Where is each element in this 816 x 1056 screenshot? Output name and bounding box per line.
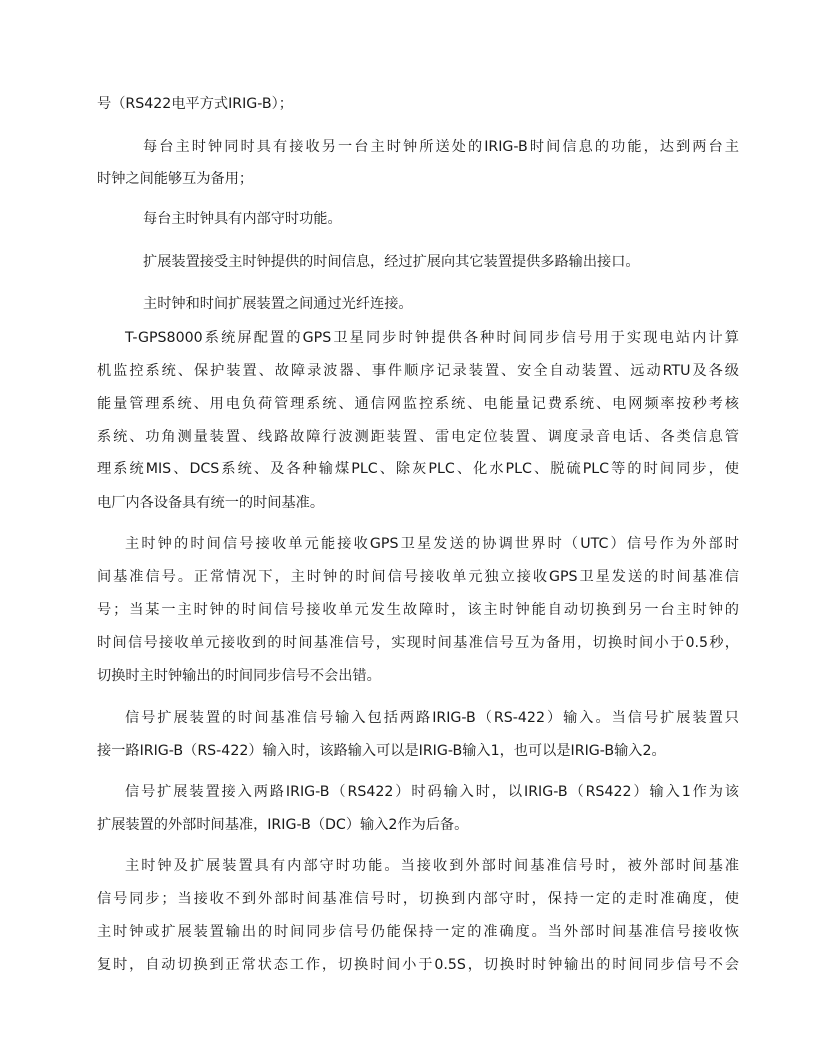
- paragraph-line: 号；当某一主时钟的时间信号接收单元发生故障时，该主时钟能自动切换到另一台主时钟的: [97, 601, 739, 619]
- paragraph-line: 接一路IRIG-B（RS-422）输入时，该路输入可以是IRIG-B输入1，也可…: [97, 742, 739, 760]
- paragraph-line: 系统、功角测量装置、线路故障行波测距装置、雷电定位装置、调度录音电话、各类信息管: [97, 428, 739, 446]
- paragraph-line: 复时，自动切换到正常状态工作，切换时间小于0.5S，切换时时钟输出的时间同步信号…: [97, 956, 739, 974]
- paragraph-line: 能量管理系统、用电负荷管理系统、通信网监控系统、电能量记费系统、电网频率按秒考核: [97, 395, 739, 413]
- paragraph-line: 时间信号接收单元接收到的时间基准信号，实现时间基准信号互为备用，切换时间小于0.…: [97, 634, 739, 652]
- paragraph-line: 时钟之间能够互为备用；: [97, 170, 739, 188]
- paragraph-line: 主时钟或扩展装置输出的时间同步信号仍能保持一定的准确度。当外部时间基准信号接收恢: [97, 923, 739, 941]
- paragraph-line: 切换时主时钟输出的时间同步信号不会出错。: [97, 667, 739, 685]
- paragraph-line: 主时钟的时间信号接收单元能接收GPS卫星发送的协调世界时（UTC）信号作为外部时: [125, 535, 739, 553]
- paragraph-line: 理系统MIS、DCS系统、及各种输煤PLC、除灰PLC、化水PLC、脱硫PLC等…: [97, 460, 739, 478]
- paragraph-line: 扩展装置的外部时间基准，IRIG-B（DC）输入2作为后备。: [97, 816, 739, 834]
- paragraph-line: 机监控系统、保护装置、故障录波器、事件顺序记录装置、安全自动装置、远动RTU及各…: [97, 362, 739, 380]
- paragraph-line: 每台主时钟同时具有接收另一台主时钟所送处的IRIG-B时间信息的功能，达到两台主: [143, 138, 739, 156]
- paragraph-line: 号（RS422电平方式IRIG-B）；: [97, 95, 739, 113]
- paragraph-line: 主时钟和时间扩展装置之间通过光纤连接。: [143, 295, 739, 313]
- paragraph-line: 电厂内各设备具有统一的时间基准。: [97, 494, 739, 512]
- paragraph-line: 主时钟及扩展装置具有内部守时功能。当接收到外部时间基准信号时，被外部时间基准: [125, 857, 739, 875]
- paragraph-line: 每台主时钟具有内部守时功能。: [143, 210, 739, 228]
- paragraph-line: 扩展装置接受主时钟提供的时间信息，经过扩展向其它装置提供多路输出接口。: [143, 253, 739, 271]
- paragraph-line: 信号扩展装置的时间基准信号输入包括两路IRIG-B（RS-422）输入。当信号扩…: [125, 709, 739, 727]
- paragraph-line: 信号同步；当接收不到外部时间基准信号时，切换到内部守时，保持一定的走时准确度，使: [97, 890, 739, 908]
- paragraph-line: 间基准信号。正常情况下，主时钟的时间信号接收单元独立接收GPS卫星发送的时间基准…: [97, 568, 739, 586]
- paragraph-line: T-GPS8000系统屏配置的GPS卫星同步时钟提供各种时间同步信号用于实现电站…: [125, 329, 739, 347]
- paragraph-line: 信号扩展装置接入两路IRIG-B（RS422）时码输入时，以IRIG-B（RS4…: [125, 783, 739, 801]
